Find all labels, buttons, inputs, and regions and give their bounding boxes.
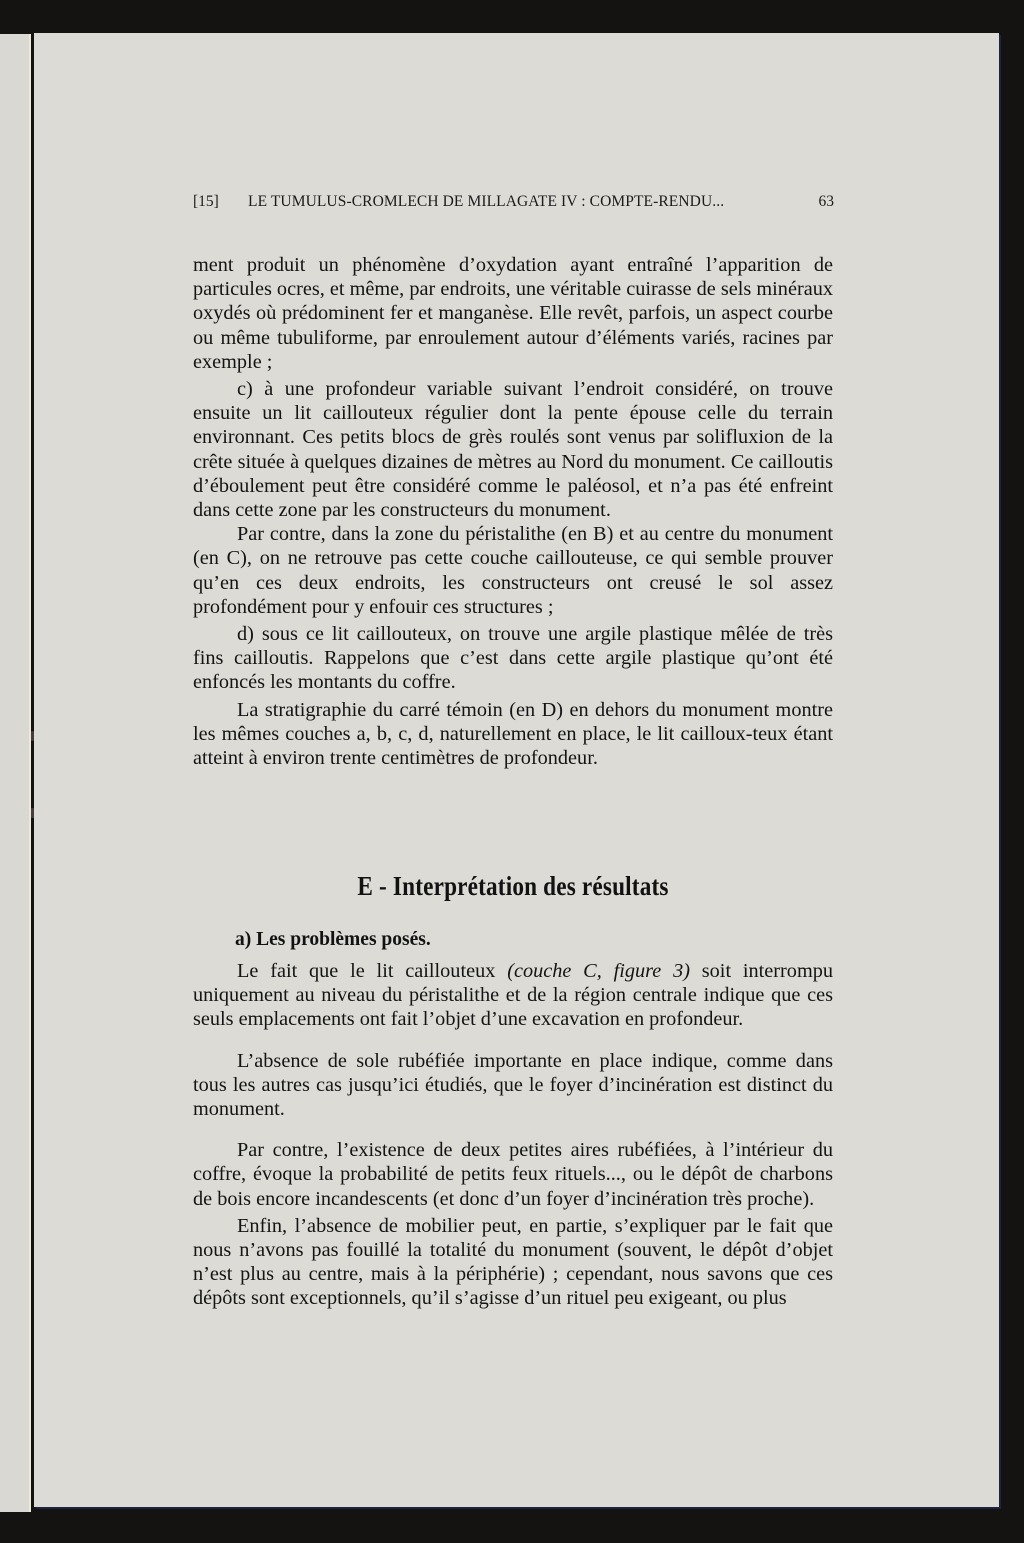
paragraph-control-square: La stratigraphie du carré témoin (en D) … bbox=[193, 698, 833, 771]
previous-page-edge bbox=[0, 34, 31, 1512]
running-title: LE TUMULUS-CROMLECH DE MILLAGATE IV : CO… bbox=[248, 193, 724, 211]
paragraph-continuation: ment produit un phénomène d’oxydation ay… bbox=[193, 253, 833, 374]
subsection-heading: a) Les problèmes posés. bbox=[235, 929, 431, 951]
page-number: 63 bbox=[819, 193, 835, 211]
scanned-book-spread: [15] LE TUMULUS-CROMLECH DE MILLAGATE IV… bbox=[0, 0, 1024, 1543]
running-head: [15] LE TUMULUS-CROMLECH DE MILLAGATE IV… bbox=[193, 193, 833, 215]
text-run: Le fait que le lit caillouteux bbox=[237, 960, 507, 982]
paragraph-layer-d: d) sous ce lit caillouteux, on trouve un… bbox=[193, 622, 833, 695]
paragraph-interrupted-layer: Le fait que le lit caillouteux (couche C… bbox=[193, 959, 833, 1032]
section-heading: E - Interprétation des résultats bbox=[238, 871, 788, 902]
paragraph-ritual-fires: Par contre, l’existence de deux petites … bbox=[193, 1138, 833, 1211]
book-page: [15] LE TUMULUS-CROMLECH DE MILLAGATE IV… bbox=[34, 33, 999, 1507]
paragraph-layer-c: c) à une profondeur variable suivant l’e… bbox=[193, 377, 833, 522]
paragraph-peristalith: Par contre, dans la zone du péristalithe… bbox=[193, 522, 833, 619]
paragraph-hearth: L’absence de sole rubéfiée importante en… bbox=[193, 1049, 833, 1122]
upper-body-text: ment produit un phénomène d’oxydation ay… bbox=[193, 253, 833, 770]
paragraph-absent-furniture: Enfin, l’absence de mobilier peut, en pa… bbox=[193, 1214, 833, 1311]
figure-reference: (couche C, figure 3) bbox=[507, 960, 690, 982]
lower-body-text: Le fait que le lit caillouteux (couche C… bbox=[193, 959, 833, 1311]
section-folio: [15] bbox=[193, 193, 219, 211]
